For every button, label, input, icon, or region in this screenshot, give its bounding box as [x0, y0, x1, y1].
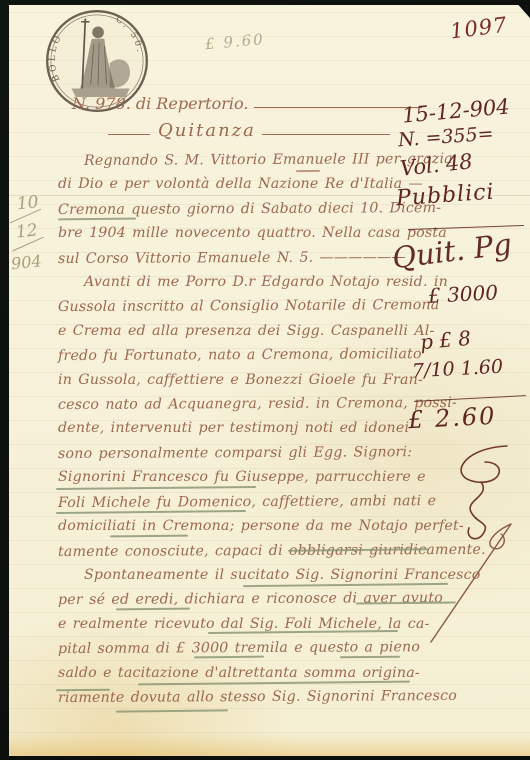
fee-line-1: p £ 8: [419, 326, 472, 354]
photo-corner: [514, 0, 530, 18]
document-title: Quitanza: [158, 120, 256, 141]
manuscript-body: Regnando S. M. Vittorio Emanuele III per…: [58, 148, 460, 709]
manuscript-line: e Crema ed alla presenza dei Sigg. Caspa…: [58, 319, 460, 343]
manuscript-line: riamente dovuta allo stesso Sig. Signori…: [58, 684, 460, 711]
margin-date: 10 12 904: [2, 193, 61, 271]
manuscript-line: sono personalmente comparsi gli Egg. Sig…: [58, 440, 460, 467]
manuscript-line: fredo fu Fortunato, nato a Cremona, domi…: [58, 342, 460, 369]
title-row: Quitanza: [108, 120, 390, 141]
manuscript-line: in Gussola, caffettiere e Bonezzi Gioele…: [58, 368, 460, 392]
manuscript-line: tamente conosciute, capaci di obbligarsi…: [58, 537, 460, 564]
photograph-background: BOLLO C. 50. £ 9.60 1097 N. 978. di Repe…: [0, 0, 530, 760]
repertorio-text: N. 978. di Repertorio.: [72, 94, 248, 113]
ink-rule: [262, 134, 390, 135]
repertorio-line: N. 978. di Repertorio.: [72, 94, 422, 113]
ink-underline: [296, 170, 320, 172]
tax-amount: £ 3000: [427, 280, 498, 308]
manuscript-line: Gussola inscritto al Consiglio Notarile …: [58, 293, 460, 320]
manuscript-line: Signorini Francesco fu Giuseppe, parrucc…: [58, 465, 460, 489]
manuscript-line: dente, intervenuti per testimonj noti ed…: [58, 416, 460, 440]
ink-rule: [108, 134, 150, 135]
margin-date-month: 12: [15, 221, 58, 240]
paraph-stroke-icon: [425, 512, 530, 647]
fee-total: £ 2.60: [407, 402, 497, 435]
manuscript-line: cesco nato ad Acquanegra, resid. in Crem…: [58, 391, 460, 418]
ink-rule: [254, 107, 422, 108]
